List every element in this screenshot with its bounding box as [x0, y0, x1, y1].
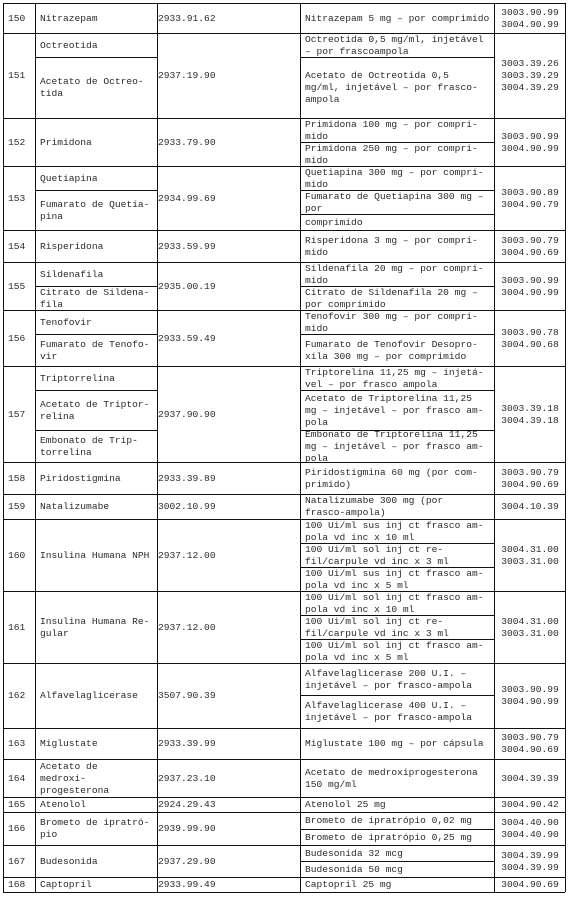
table-rule — [300, 430, 494, 431]
tariff-codes: 3003.90.993004.90.99 — [495, 263, 565, 310]
drug-name-text: Nitrazepam — [40, 13, 153, 25]
presentation-description-text: Octreotida 0,5 mg/ml, injetável – por fr… — [305, 34, 490, 57]
row-number-text: 150 — [8, 13, 31, 25]
drug-name: Nitrazepam — [36, 4, 157, 33]
tariff-code-list: 3004.31.003003.31.00 — [495, 544, 565, 568]
presentation-description-text: Triptorelina 11,25 mg – injetá- vel – po… — [305, 367, 490, 390]
presentation-description-text: Atenolol 25 mg — [305, 799, 490, 811]
table-rule — [300, 190, 494, 191]
drug-name: Miglustate — [36, 729, 157, 759]
row-number: 162 — [4, 664, 35, 728]
table-rule — [35, 286, 157, 287]
presentation-description: 100 Ui/ml sus inj ct frasco am- pola vd … — [301, 568, 494, 591]
presentation-description-text: 100 Ui/ml sol inj ct frasco am- pola vd … — [305, 592, 490, 615]
ncm-code-text: 3002.10.99 — [158, 501, 300, 513]
drug-name: Insulina Humana Re- gular — [36, 592, 157, 663]
drug-name-text: Octreotida — [40, 40, 153, 52]
drug-name: Risperidona — [36, 231, 157, 262]
ncm-code: 2939.99.90 — [158, 813, 300, 845]
table-rule — [300, 695, 494, 696]
row-number: 150 — [4, 4, 35, 33]
tariff-code: 3003.90.89 — [495, 187, 565, 199]
drug-name-text: Quetiapina — [40, 173, 153, 185]
tariff-codes: 3003.39.263003.39.293004.39.29 — [495, 34, 565, 118]
drug-name-text: Embonato de Trip- torrelina — [40, 435, 153, 459]
row-number: 152 — [4, 119, 35, 166]
ncm-code: 2924.29.43 — [158, 798, 300, 812]
drug-name-text: Acetato de Triptor- relina — [40, 399, 153, 423]
table-rule — [35, 57, 157, 58]
presentation-description-text: Brometo de ipratrópio 0,25 mg — [305, 832, 490, 844]
drug-name: Embonato de Trip- torrelina — [36, 431, 157, 462]
ncm-code: 2933.59.99 — [158, 231, 300, 262]
medication-table: 150Nitrazepam2933.91.62Nitrazepam 5 mg –… — [0, 0, 568, 898]
tariff-codes: 3003.90.793004.90.69 — [495, 231, 565, 262]
tariff-code: 3004.90.99 — [495, 287, 565, 299]
presentation-description-text: Nitrazepam 5 mg – por comprimido — [305, 13, 490, 25]
presentation-description-text: Risperidona 3 mg – por compri- mido — [305, 235, 490, 259]
row-number-text: 164 — [8, 773, 31, 785]
presentation-description-text: Natalizumabe 300 mg (por frasco-ampola) — [305, 495, 490, 519]
tariff-code: 3004.90.99 — [495, 696, 565, 708]
table-rule — [300, 214, 494, 215]
presentation-description: Budesonida 32 mcg — [301, 846, 494, 861]
ncm-code-text: 2924.29.43 — [158, 799, 300, 811]
tariff-codes: 3003.90.993004.90.99 — [495, 664, 565, 728]
presentation-description: Octreotida 0,5 mg/ml, injetável – por fr… — [301, 34, 494, 57]
table-rule — [300, 286, 494, 287]
tariff-codes: 3003.90.993004.90.99 — [495, 119, 565, 166]
row-number-text: 151 — [8, 70, 31, 82]
drug-name: Piridostigmina — [36, 463, 157, 494]
row-number: 164 — [4, 760, 35, 797]
presentation-description-text: Budesonida 32 mcg — [305, 848, 490, 860]
drug-name-text: Brometo de ipratró- pio — [40, 817, 153, 841]
presentation-description: Primidona 250 mg – por compri- mido — [301, 143, 494, 166]
presentation-description: Acetato de medroxiprogesterona 150 mg/ml — [301, 760, 494, 797]
tariff-code: 3004.31.00 — [495, 616, 565, 628]
row-number-text: 159 — [8, 501, 31, 513]
tariff-code: 3004.90.79 — [495, 199, 565, 211]
row-number: 156 — [4, 311, 35, 366]
presentation-description: Sildenafila 20 mg – por compri- mido — [301, 263, 494, 286]
tariff-code: 3004.40.90 — [495, 829, 565, 841]
ncm-code: 2937.12.00 — [158, 592, 300, 663]
drug-name: Alfavelaglicerase — [36, 664, 157, 728]
tariff-code: 3004.90.69 — [495, 247, 565, 259]
tariff-codes: 3004.40.903004.40.90 — [495, 813, 565, 845]
ncm-code: 2933.99.49 — [158, 878, 300, 892]
tariff-codes: 3003.90.793004.90.69 — [495, 463, 565, 494]
ncm-code-text: 2933.39.99 — [158, 738, 300, 750]
drug-name-text: Acetato de medroxi- progesterona — [40, 761, 153, 797]
drug-name-text: Captopril — [40, 879, 153, 891]
drug-name: Octreotida — [36, 34, 157, 57]
tariff-codes: 3004.10.39 — [495, 495, 565, 519]
tariff-code: 3004.39.18 — [495, 415, 565, 427]
row-number-text: 155 — [8, 281, 31, 293]
drug-name: Fumarato de Tenofo- vir — [36, 335, 157, 366]
ncm-code-text: 2939.99.90 — [158, 823, 300, 835]
table-rule — [300, 334, 494, 335]
tariff-code-list: 3003.90.993004.90.99 — [495, 7, 565, 31]
presentation-description: comprimido — [301, 215, 494, 230]
presentation-description: Atenolol 25 mg — [301, 798, 494, 812]
tariff-code: 3004.40.90 — [495, 817, 565, 829]
row-number-text: 167 — [8, 856, 31, 868]
drug-name-text: Miglustate — [40, 738, 153, 750]
presentation-description-text: comprimido — [305, 217, 490, 229]
tariff-codes: 3003.90.993004.90.99 — [495, 4, 565, 33]
drug-name-text: Fumarato de Quetia- pina — [40, 199, 153, 223]
row-number: 153 — [4, 167, 35, 230]
ncm-code-text: 2937.19.90 — [158, 70, 300, 82]
table-rule — [35, 390, 157, 391]
tariff-code-list: 3003.90.783004.90.68 — [495, 327, 565, 351]
tariff-code: 3003.90.78 — [495, 327, 565, 339]
presentation-description: Alfavelaglicerase 400 U.I. – injetável –… — [301, 696, 494, 728]
row-number-text: 158 — [8, 473, 31, 485]
presentation-description: 100 Ui/ml sol inj ct re- fil/carpule vd … — [301, 616, 494, 639]
table-rule — [565, 3, 566, 892]
row-number-text: 161 — [8, 622, 31, 634]
drug-name-text: Risperidona — [40, 241, 153, 253]
row-number-text: 157 — [8, 409, 31, 421]
presentation-description-text: Fumarato de Quetiapina 300 mg – por — [305, 191, 490, 214]
drug-name: Sildenafila — [36, 263, 157, 286]
presentation-description: Quetiapina 300 mg – por compri- mido — [301, 167, 494, 190]
tariff-code: 3003.39.26 — [495, 58, 565, 70]
table-rule — [300, 829, 494, 830]
presentation-description-text: Captopril 25 mg — [305, 879, 490, 891]
tariff-code-list: 3003.90.793004.90.69 — [495, 235, 565, 259]
tariff-code: 3003.31.00 — [495, 556, 565, 568]
tariff-code: 3004.10.39 — [495, 501, 565, 513]
presentation-description-text: Primidona 250 mg – por compri- mido — [305, 143, 490, 166]
tariff-code-list: 3004.31.003003.31.00 — [495, 616, 565, 640]
tariff-code: 3003.90.79 — [495, 235, 565, 247]
presentation-description-text: Alfavelaglicerase 400 U.I. – injetável –… — [305, 700, 490, 724]
presentation-description-text: 100 Ui/ml sol inj ct re- fil/carpule vd … — [305, 616, 490, 639]
tariff-code-list: 3003.39.263003.39.293004.39.29 — [495, 58, 565, 94]
presentation-description-text: Embonato de Triptorelina 11,25 mg – inje… — [305, 431, 490, 462]
ncm-code-text: 2935.00.19 — [158, 281, 300, 293]
ncm-code: 2933.91.62 — [158, 4, 300, 33]
table-rule — [300, 639, 494, 640]
drug-name: Quetiapina — [36, 167, 157, 190]
presentation-description-text: Budesonida 50 mcg — [305, 864, 490, 876]
drug-name: Captopril — [36, 878, 157, 892]
drug-name-text: Primidona — [40, 137, 153, 149]
presentation-description: Fumarato de Quetiapina 300 mg – por — [301, 191, 494, 214]
tariff-code: 3004.90.99 — [495, 19, 565, 31]
ncm-code: 2937.90.90 — [158, 367, 300, 462]
tariff-code: 3003.90.79 — [495, 732, 565, 744]
tariff-codes: 3003.90.783004.90.68 — [495, 311, 565, 366]
drug-name: Budesonida — [36, 846, 157, 877]
table-rule — [35, 334, 157, 335]
tariff-code: 3003.39.18 — [495, 403, 565, 415]
ncm-code-text: 2934.99.69 — [158, 193, 300, 205]
presentation-description-text: Acetato de Octreotida 0,5 mg/ml, injetáv… — [305, 70, 490, 106]
table-rule — [300, 390, 494, 391]
tariff-code: 3003.90.79 — [495, 467, 565, 479]
drug-name-text: Natalizumabe — [40, 501, 153, 513]
presentation-description: Embonato de Triptorelina 11,25 mg – inje… — [301, 431, 494, 462]
tariff-codes: 3004.31.003003.31.00 — [495, 520, 565, 591]
ncm-code-text: 2933.59.49 — [158, 333, 300, 345]
row-number: 161 — [4, 592, 35, 663]
tariff-code: 3004.31.00 — [495, 544, 565, 556]
presentation-description: Tenofovir 300 mg – por compri- mido — [301, 311, 494, 334]
presentation-description-text: Quetiapina 300 mg – por compri- mido — [305, 167, 490, 190]
row-number: 157 — [4, 367, 35, 462]
presentation-description-text: Primidona 100 mg – por compri- mido — [305, 119, 490, 142]
ncm-code-text: 3507.90.39 — [158, 690, 300, 702]
tariff-code-list: 3003.90.993004.90.99 — [495, 131, 565, 155]
ncm-code: 2933.79.90 — [158, 119, 300, 166]
tariff-code: 3004.90.69 — [495, 879, 565, 891]
drug-name: Fumarato de Quetia- pina — [36, 191, 157, 230]
presentation-description: 100 Ui/ml sus inj ct frasco am- pola vd … — [301, 520, 494, 543]
tariff-code: 3004.90.99 — [495, 143, 565, 155]
row-number-text: 168 — [8, 879, 31, 891]
presentation-description-text: 100 Ui/ml sus inj ct frasco am- pola vd … — [305, 568, 490, 591]
drug-name: Acetato de Triptor- relina — [36, 391, 157, 430]
presentation-description-text: Fumarato de Tenofovir Desopro- xila 300 … — [305, 339, 490, 363]
drug-name: Tenofovir — [36, 311, 157, 334]
tariff-code-list: 3004.90.69 — [495, 879, 565, 891]
tariff-code-list: 3003.90.793004.90.69 — [495, 732, 565, 756]
row-number-text: 160 — [8, 550, 31, 562]
table-rule — [3, 892, 565, 893]
presentation-description: Citrato de Sildenafila 20 mg – por compr… — [301, 287, 494, 310]
table-rule — [300, 567, 494, 568]
drug-name: Primidona — [36, 119, 157, 166]
tariff-code: 3004.39.39 — [495, 773, 565, 785]
tariff-code: 3004.39.29 — [495, 82, 565, 94]
ncm-code: 2937.19.90 — [158, 34, 300, 118]
table-rule — [300, 142, 494, 143]
presentation-description-text: Acetato de medroxiprogesterona 150 mg/ml — [305, 767, 490, 791]
row-number-text: 163 — [8, 738, 31, 750]
tariff-codes: 3003.90.793004.90.69 — [495, 729, 565, 759]
presentation-description: Miglustate 100 mg – por cápsula — [301, 729, 494, 759]
drug-name-text: Atenolol — [40, 799, 153, 811]
presentation-description-text: Citrato de Sildenafila 20 mg – por compr… — [305, 287, 490, 310]
ncm-code-text: 2937.23.10 — [158, 773, 300, 785]
tariff-code-list: 3003.90.893004.90.79 — [495, 187, 565, 211]
ncm-code-text: 2933.91.62 — [158, 13, 300, 25]
row-number: 168 — [4, 878, 35, 892]
tariff-code-list: 3004.90.42 — [495, 799, 565, 811]
table-rule — [35, 430, 157, 431]
presentation-description: Brometo de ipratrópio 0,02 mg — [301, 813, 494, 829]
ncm-code-text: 2933.39.89 — [158, 473, 300, 485]
tariff-code-list: 3004.39.39 — [495, 773, 565, 785]
presentation-description: Budesonida 50 mcg — [301, 862, 494, 877]
presentation-description: Alfavelaglicerase 200 U.I. – injetável –… — [301, 664, 494, 695]
tariff-codes: 3003.39.183004.39.18 — [495, 367, 565, 462]
ncm-code: 2937.12.00 — [158, 520, 300, 591]
drug-name: Acetato de medroxi- progesterona — [36, 760, 157, 797]
tariff-code: 3004.90.68 — [495, 339, 565, 351]
tariff-code: 3004.90.69 — [495, 744, 565, 756]
drug-name: Brometo de ipratró- pio — [36, 813, 157, 845]
presentation-description-text: Sildenafila 20 mg – por compri- mido — [305, 263, 490, 286]
presentation-description-text: Miglustate 100 mg – por cápsula — [305, 738, 490, 750]
table-rule — [300, 57, 494, 58]
presentation-description: Acetato de Triptorelina 11,25 mg – injet… — [301, 391, 494, 430]
row-number: 167 — [4, 846, 35, 877]
drug-name-text: Triptorrelina — [40, 373, 153, 385]
ncm-code: 2934.99.69 — [158, 167, 300, 230]
drug-name: Citrato de Sildena- fila — [36, 287, 157, 310]
ncm-code: 2933.59.49 — [158, 311, 300, 366]
drug-name-text: Acetato de Octreo- tida — [40, 76, 153, 100]
row-number-text: 165 — [8, 799, 31, 811]
row-number: 163 — [4, 729, 35, 759]
tariff-code-list: 3003.39.183004.39.18 — [495, 403, 565, 427]
row-number: 159 — [4, 495, 35, 519]
drug-name-text: Alfavelaglicerase — [40, 690, 153, 702]
tariff-code: 3004.90.69 — [495, 479, 565, 491]
drug-name: Acetato de Octreo- tida — [36, 58, 157, 118]
tariff-codes: 3004.31.003003.31.00 — [495, 592, 565, 663]
row-number-text: 166 — [8, 823, 31, 835]
table-rule — [300, 615, 494, 616]
ncm-code: 3002.10.99 — [158, 495, 300, 519]
presentation-description: Risperidona 3 mg – por compri- mido — [301, 231, 494, 262]
presentation-description: Nitrazepam 5 mg – por comprimido — [301, 4, 494, 33]
tariff-codes: 3003.90.893004.90.79 — [495, 167, 565, 230]
tariff-code: 3004.39.99 — [495, 850, 565, 862]
presentation-description: Fumarato de Tenofovir Desopro- xila 300 … — [301, 335, 494, 366]
presentation-description-text: Acetato de Triptorelina 11,25 mg – injet… — [305, 393, 490, 429]
row-number-text: 152 — [8, 137, 31, 149]
drug-name-text: Fumarato de Tenofo- vir — [40, 339, 153, 363]
ncm-code-text: 2937.12.00 — [158, 550, 300, 562]
ncm-code: 3507.90.39 — [158, 664, 300, 728]
drug-name-text: Budesonida — [40, 856, 153, 868]
tariff-code: 3003.90.99 — [495, 7, 565, 19]
row-number-text: 153 — [8, 193, 31, 205]
table-rule — [35, 190, 157, 191]
table-rule — [300, 861, 494, 862]
presentation-description-text: 100 Ui/ml sus inj ct frasco am- pola vd … — [305, 520, 490, 543]
presentation-description: Piridostigmina 60 mg (por com- primido) — [301, 463, 494, 494]
tariff-code: 3004.90.42 — [495, 799, 565, 811]
row-number: 158 — [4, 463, 35, 494]
presentation-description: 100 Ui/ml sol inj ct frasco am- pola vd … — [301, 640, 494, 663]
drug-name-text: Sildenafila — [40, 269, 153, 281]
ncm-code-text: 2933.79.90 — [158, 137, 300, 149]
ncm-code: 2937.29.90 — [158, 846, 300, 877]
tariff-codes: 3004.39.39 — [495, 760, 565, 797]
ncm-code-text: 2937.90.90 — [158, 409, 300, 421]
tariff-codes: 3004.90.69 — [495, 878, 565, 892]
presentation-description: Primidona 100 mg – por compri- mido — [301, 119, 494, 142]
ncm-code: 2935.00.19 — [158, 263, 300, 310]
ncm-code-text: 2933.59.99 — [158, 241, 300, 253]
ncm-code: 2933.39.89 — [158, 463, 300, 494]
ncm-code: 2937.23.10 — [158, 760, 300, 797]
tariff-code-list: 3004.10.39 — [495, 501, 565, 513]
ncm-code-text: 2937.29.90 — [158, 856, 300, 868]
presentation-description-text: 100 Ui/ml sol inj ct frasco am- pola vd … — [305, 640, 490, 663]
tariff-codes: 3004.39.993004.39.99 — [495, 846, 565, 877]
row-number: 151 — [4, 34, 35, 118]
drug-name-text: Tenofovir — [40, 317, 153, 329]
ncm-code-text: 2933.99.49 — [158, 879, 300, 891]
presentation-description-text: Brometo de ipratrópio 0,02 mg — [305, 815, 490, 827]
tariff-code-list: 3003.90.793004.90.69 — [495, 467, 565, 491]
drug-name-text: Insulina Humana NPH — [40, 550, 153, 562]
presentation-description: Natalizumabe 300 mg (por frasco-ampola) — [301, 495, 494, 519]
presentation-description-text: Piridostigmina 60 mg (por com- primido) — [305, 467, 490, 491]
row-number: 160 — [4, 520, 35, 591]
row-number-text: 162 — [8, 690, 31, 702]
tariff-codes: 3004.90.42 — [495, 798, 565, 812]
presentation-description: 100 Ui/ml sol inj ct frasco am- pola vd … — [301, 592, 494, 615]
presentation-description: Captopril 25 mg — [301, 878, 494, 892]
row-number: 155 — [4, 263, 35, 310]
drug-name: Atenolol — [36, 798, 157, 812]
presentation-description-text: Tenofovir 300 mg – por compri- mido — [305, 311, 490, 334]
tariff-code: 3004.39.99 — [495, 862, 565, 874]
presentation-description-text: Alfavelaglicerase 200 U.I. – injetável –… — [305, 668, 490, 692]
tariff-code-list: 3004.40.903004.40.90 — [495, 817, 565, 841]
presentation-description: Triptorelina 11,25 mg – injetá- vel – po… — [301, 367, 494, 390]
ncm-code-text: 2937.12.00 — [158, 622, 300, 634]
drug-name-text: Insulina Humana Re- gular — [40, 616, 153, 640]
presentation-description: Brometo de ipratrópio 0,25 mg — [301, 830, 494, 845]
drug-name: Insulina Humana NPH — [36, 520, 157, 591]
drug-name: Natalizumabe — [36, 495, 157, 519]
tariff-code-list: 3003.90.993004.90.99 — [495, 275, 565, 299]
presentation-description: Acetato de Octreotida 0,5 mg/ml, injetáv… — [301, 58, 494, 118]
tariff-code: 3003.90.99 — [495, 275, 565, 287]
presentation-description-text: 100 Ui/ml sol inj ct re- fil/carpule vd … — [305, 544, 490, 567]
tariff-code-list: 3003.90.993004.90.99 — [495, 684, 565, 708]
table-rule — [300, 543, 494, 544]
row-number-text: 156 — [8, 333, 31, 345]
row-number: 165 — [4, 798, 35, 812]
tariff-code: 3003.90.99 — [495, 131, 565, 143]
presentation-description: 100 Ui/ml sol inj ct re- fil/carpule vd … — [301, 544, 494, 567]
row-number: 154 — [4, 231, 35, 262]
drug-name-text: Piridostigmina — [40, 473, 153, 485]
tariff-code-list: 3004.39.993004.39.99 — [495, 850, 565, 874]
tariff-code: 3003.39.29 — [495, 70, 565, 82]
drug-name: Triptorrelina — [36, 367, 157, 390]
row-number: 166 — [4, 813, 35, 845]
row-number-text: 154 — [8, 241, 31, 253]
drug-name-text: Citrato de Sildena- fila — [40, 287, 153, 310]
tariff-code: 3003.90.99 — [495, 684, 565, 696]
tariff-code: 3003.31.00 — [495, 628, 565, 640]
ncm-code: 2933.39.99 — [158, 729, 300, 759]
